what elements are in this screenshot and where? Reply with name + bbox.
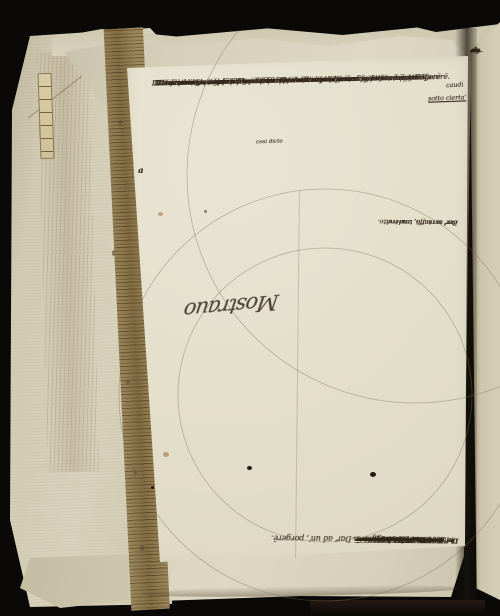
edge-speck — [126, 380, 130, 384]
edge-speck — [118, 120, 122, 125]
foxing-spot — [158, 212, 163, 216]
ink-blot — [247, 466, 252, 470]
margin-letter: a — [138, 166, 144, 176]
foxing-spot — [163, 452, 169, 457]
inverted-flourish: Mostrauo — [184, 295, 279, 316]
ink-blot — [151, 486, 154, 489]
interlinear-note: cosi dicto — [256, 139, 283, 146]
measuring-strip — [38, 73, 55, 159]
ink-blot — [204, 210, 207, 213]
marginal-insert-underlined: sotto cierta' — [428, 94, 466, 102]
edge-speck — [112, 250, 115, 256]
inverted-text-block: Man' mano', herbeggiarū. Dar' ad un', po… — [156, 190, 462, 545]
edge-speck — [134, 470, 137, 475]
manuscript-photo: Gab.Sal.Dal.Sol.Gal.Sab.Dal.Sal.Int.Sul.… — [0, 0, 500, 616]
edge-speck — [140, 545, 144, 551]
handwritten-line: Dar' ricetto, exciperē, hosp. — [368, 533, 459, 546]
handwritten-line: der' in manū, tradere'. — [384, 215, 457, 227]
binding-cloth — [310, 600, 485, 616]
marginal-insert: caudi — [446, 82, 464, 90]
ink-blot — [370, 472, 376, 477]
